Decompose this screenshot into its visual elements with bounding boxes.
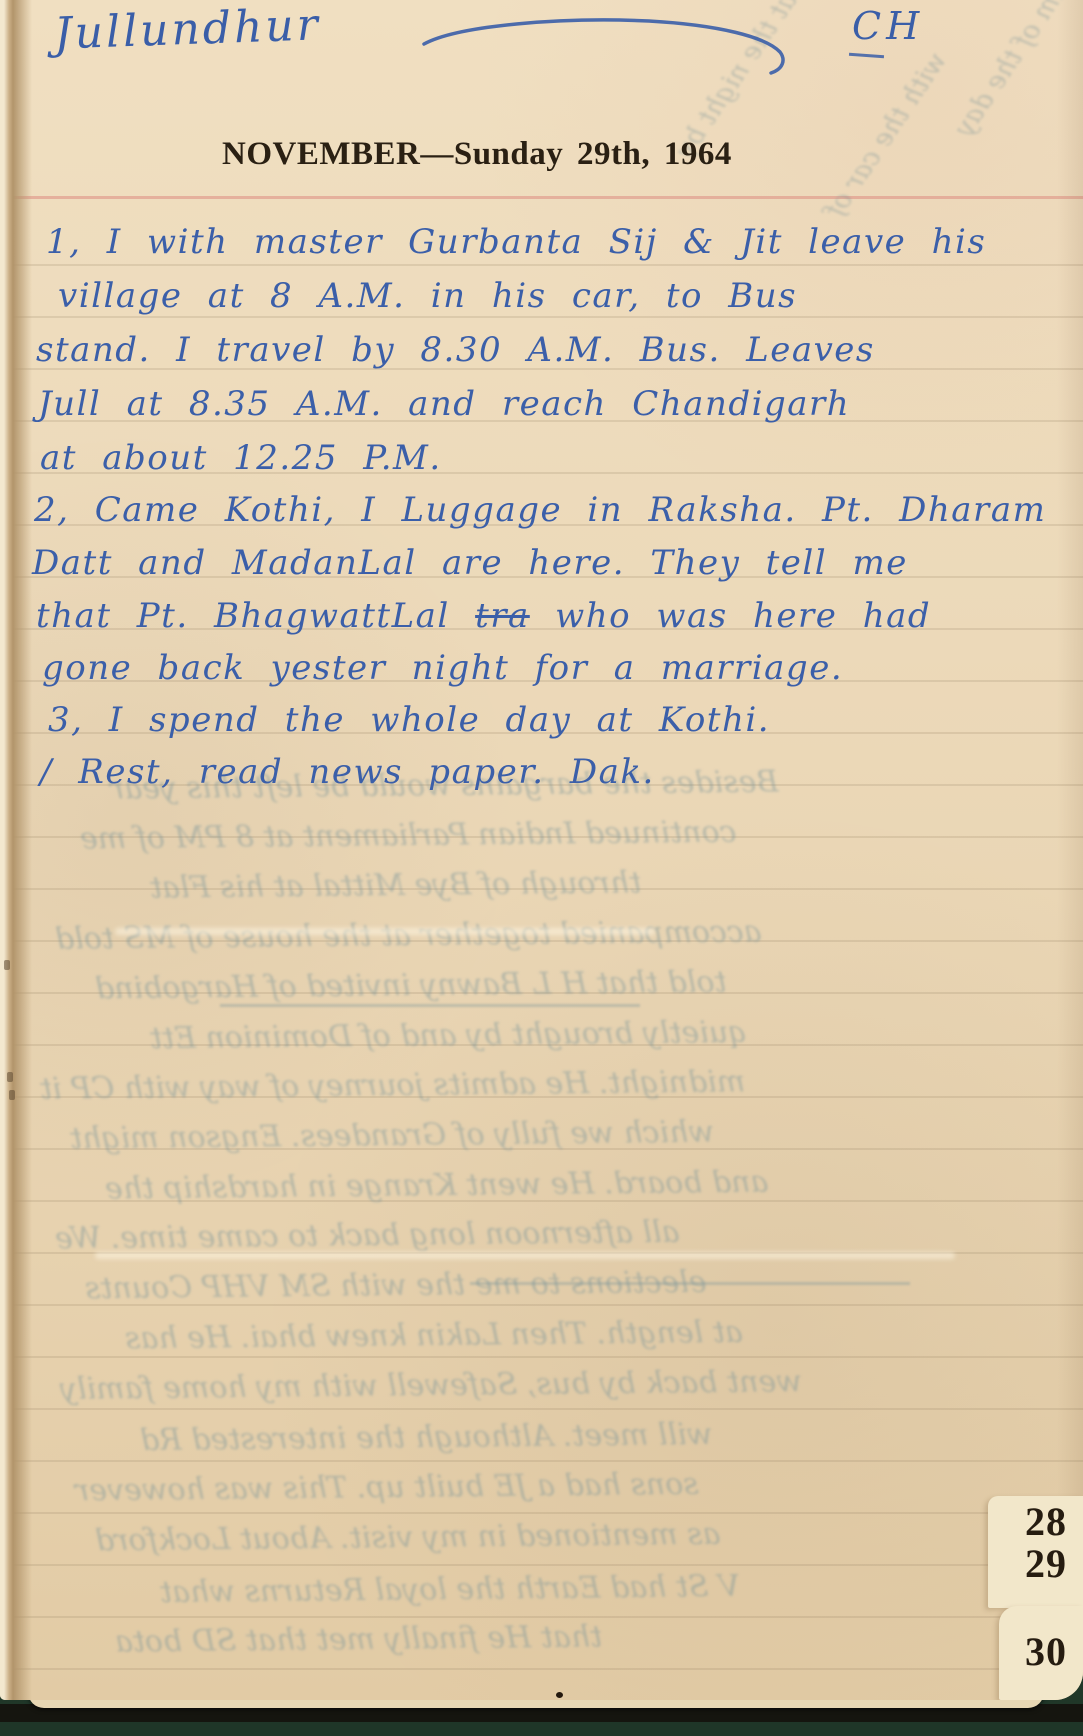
page-edge-tab: 28 29 xyxy=(988,1496,1083,1608)
diary-entry: 1, I with master Gurbanta Sij & Jit leav… xyxy=(0,0,1083,1700)
entry-line: that Pt. BhagwattLal tra who was here ha… xyxy=(36,596,931,636)
entry-line-segment: who was here had xyxy=(530,596,931,636)
entry-line: stand. I travel by 8.30 A.M. Bus. Leaves xyxy=(36,330,875,370)
entry-line: gone back yester night for a marriage. xyxy=(42,648,843,688)
entry-line: 2, Came Kothi, I Luggage in Raksha. Pt. … xyxy=(34,490,1046,530)
page-number-29: 29 xyxy=(1025,1544,1067,1584)
page-edge-tab: 30 xyxy=(999,1606,1083,1700)
binding-stitch xyxy=(7,1072,13,1082)
page-number-28: 28 xyxy=(1025,1502,1067,1542)
entry-line: village at 8 A.M. in his car, to Bus xyxy=(58,276,797,316)
entry-line: Jull at 8.35 A.M. and reach Chandigarh xyxy=(38,384,850,424)
entry-line: 3, I spend the whole day at Kothi. xyxy=(48,700,770,740)
right-edge-shade xyxy=(1057,0,1083,1700)
diary-page: Besides the bargains would be left this … xyxy=(0,0,1083,1700)
diary-scan: Besides the bargains would be left this … xyxy=(0,0,1083,1736)
entry-line: 1, I with master Gurbanta Sij & Jit leav… xyxy=(46,222,986,262)
entry-line-segment: that Pt. BhagwattLal xyxy=(36,596,475,636)
binding-stitch xyxy=(4,960,10,970)
entry-line: Datt and MadanLal are here. They tell me xyxy=(32,543,908,583)
entry-line: / Rest, read news paper. Dak. xyxy=(40,752,655,792)
ink-speck xyxy=(556,1692,563,1698)
page-number-30: 30 xyxy=(1025,1632,1067,1672)
struck-out-word: tra xyxy=(475,596,530,636)
binding-stitch xyxy=(9,1090,15,1100)
binding-edge xyxy=(0,0,32,1700)
entry-line: at about 12.25 P.M. xyxy=(40,438,442,478)
